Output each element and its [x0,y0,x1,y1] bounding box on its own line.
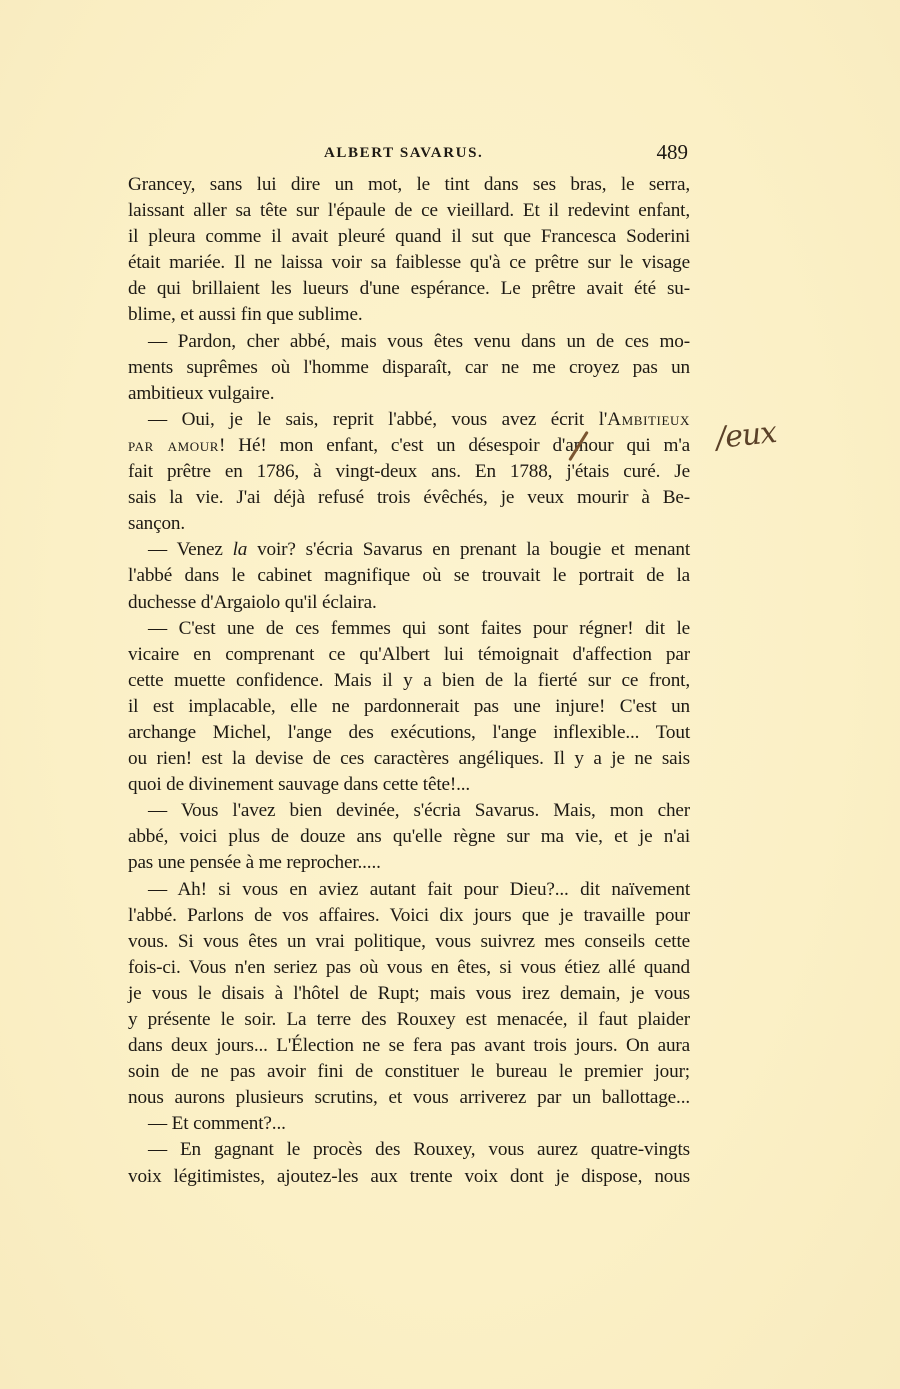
text-run: — C'est une de ces femmes qui sont faite… [148,618,690,639]
body-text: Grancey, sans lui dire un mot, le tint d… [128,172,690,1190]
page-number: 489 [657,140,689,165]
text-line: — Oui, je le sais, reprit l'abbé, vous a… [128,407,690,433]
text-run: l'abbé. Parlons de vos affaires. Voici d… [128,905,690,926]
text-line: ou rien! est la devise de ces caractères… [128,746,690,772]
text-run: il est implacable, elle ne pardonnerait … [128,696,690,717]
text-run: ou rien! est la devise de ces caractères… [128,748,690,769]
text-line: Grancey, sans lui dire un mot, le tint d… [128,172,690,198]
text-line: vicaire en comprenant ce qu'Albert lui t… [128,642,690,668]
text-run: sais la vie. J'ai déjà refusé trois évêc… [128,487,690,508]
text-line: — C'est une de ces femmes qui sont faite… [128,616,690,642]
text-line: — Pardon, cher abbé, mais vous êtes venu… [128,329,690,355]
text-line: y présente le soir. La terre des Rouxey … [128,1007,690,1033]
text-run: cette muette confidence. Mais il y a bie… [128,670,690,691]
text-line: quoi de divinement sauvage dans cette tê… [128,772,690,798]
text-run: — Oui, je le sais, reprit l'abbé, vous a… [148,409,607,430]
text-line: ments suprêmes où l'homme disparaît, car… [128,355,690,381]
text-run: il pleura comme il avait pleuré quand il… [128,226,690,247]
text-line: cette muette confidence. Mais il y a bie… [128,668,690,694]
text-line: par amour! Hé! mon enfant, c'est un dése… [128,433,690,459]
text-line: voix légitimistes, ajoutez-les aux trent… [128,1164,690,1190]
margin-handwritten-annotation: /eux [714,415,777,456]
text-line: il pleura comme il avait pleuré quand il… [128,224,690,250]
text-line: pas une pensée à me reprocher..... [128,850,690,876]
text-line: laissant aller sa tête sur l'épaule de c… [128,198,690,224]
text-line: sançon. [128,511,690,537]
text-run: — Venez [148,539,233,560]
text-run: — Pardon, cher abbé, mais vous êtes venu… [148,331,690,352]
text-line: fait prêtre en 1786, à vingt-deux ans. E… [128,459,690,485]
text-run: fois-ci. Vous n'en seriez pas où vous en… [128,957,690,978]
text-line: soin de ne pas avoir fini de constituer … [128,1059,690,1085]
text-run: voix légitimistes, ajoutez-les aux trent… [128,1166,690,1187]
text-run: était mariée. Il ne laissa voir sa faibl… [128,252,690,273]
text-line: duchesse d'Argaiolo qu'il éclaira. [128,590,690,616]
text-run: ! Hé! mon enfant, c'est un désespoir d'a… [219,435,690,456]
text-run: ments suprêmes où l'homme disparaît, car… [128,357,690,378]
text-run: ambitieux vulgaire. [128,383,274,404]
text-run: blime, et aussi fin que sublime. [128,304,362,325]
text-line: — En gagnant le procès des Rouxey, vous … [128,1137,690,1163]
text-line: abbé, voici plus de douze ans qu'elle rè… [128,824,690,850]
text-line: je vous le disais à l'hôtel de Rupt; mai… [128,981,690,1007]
text-run: de qui brillaient les lueurs d'une espér… [128,278,690,299]
text-run: Grancey, sans lui dire un mot, le tint d… [128,174,690,195]
text-run: duchesse d'Argaiolo qu'il éclaira. [128,592,377,613]
text-line: de qui brillaient les lueurs d'une espér… [128,276,690,302]
text-run: sançon. [128,513,185,534]
text-run: quoi de divinement sauvage dans cette tê… [128,774,470,795]
text-line: fois-ci. Vous n'en seriez pas où vous en… [128,955,690,981]
text-run: — En gagnant le procès des Rouxey, vous … [148,1139,690,1160]
text-run: vicaire en comprenant ce qu'Albert lui t… [128,644,690,665]
running-title: ALBERT SAVARUS. [324,145,483,162]
text-line: vous. Si vous êtes un vrai politique, vo… [128,929,690,955]
text-line: était mariée. Il ne laissa voir sa faibl… [128,250,690,276]
text-run: vous. Si vous êtes un vrai politique, vo… [128,931,690,952]
text-run: je vous le disais à l'hôtel de Rupt; mai… [128,983,690,1004]
text-run: — Ah! si vous en aviez autant fait pour … [148,879,690,900]
text-run: dans deux jours... L'Élection ne se fera… [128,1035,690,1056]
text-run: y présente le soir. La terre des Rouxey … [128,1009,690,1030]
text-run: abbé, voici plus de douze ans qu'elle rè… [128,826,690,847]
text-run: — Vous l'avez bien devinée, s'écria Sava… [148,800,690,821]
text-line: — Ah! si vous en aviez autant fait pour … [128,877,690,903]
text-run: pas une pensée à me reprocher..... [128,852,381,873]
italic-emphasis: la [233,539,248,560]
text-run: voir? s'écria Savarus en prenant la boug… [247,539,690,560]
text-line: l'abbé. Parlons de vos affaires. Voici d… [128,903,690,929]
text-run: nous aurons plusieurs scrutins, et vous … [128,1087,690,1108]
text-line: blime, et aussi fin que sublime. [128,302,690,328]
text-run: archange Michel, l'ange des exécutions, … [128,722,690,743]
text-run: fait prêtre en 1786, à vingt-deux ans. E… [128,461,690,482]
text-line: — Venez la voir? s'écria Savarus en pren… [128,537,690,563]
small-caps-title: Ambitieux [607,409,690,430]
text-run: laissant aller sa tête sur l'épaule de c… [128,200,690,221]
text-line: sais la vie. J'ai déjà refusé trois évêc… [128,485,690,511]
text-line: archange Michel, l'ange des exécutions, … [128,720,690,746]
running-head: ALBERT SAVARUS. 489 [128,143,688,169]
text-line: nous aurons plusieurs scrutins, et vous … [128,1085,690,1111]
small-caps-title: par amour [128,435,219,456]
text-line: — Vous l'avez bien devinée, s'écria Sava… [128,798,690,824]
text-line: ambitieux vulgaire. [128,381,690,407]
text-line: il est implacable, elle ne pardonnerait … [128,694,690,720]
text-run: soin de ne pas avoir fini de constituer … [128,1061,690,1082]
text-line: l'abbé dans le cabinet magnifique où se … [128,563,690,589]
book-page: ALBERT SAVARUS. 489 Grancey, sans lui di… [0,0,900,1389]
text-line: dans deux jours... L'Élection ne se fera… [128,1033,690,1059]
text-run: — Et comment?... [148,1113,286,1134]
text-line: — Et comment?... [128,1111,690,1137]
text-run: l'abbé dans le cabinet magnifique où se … [128,565,690,586]
